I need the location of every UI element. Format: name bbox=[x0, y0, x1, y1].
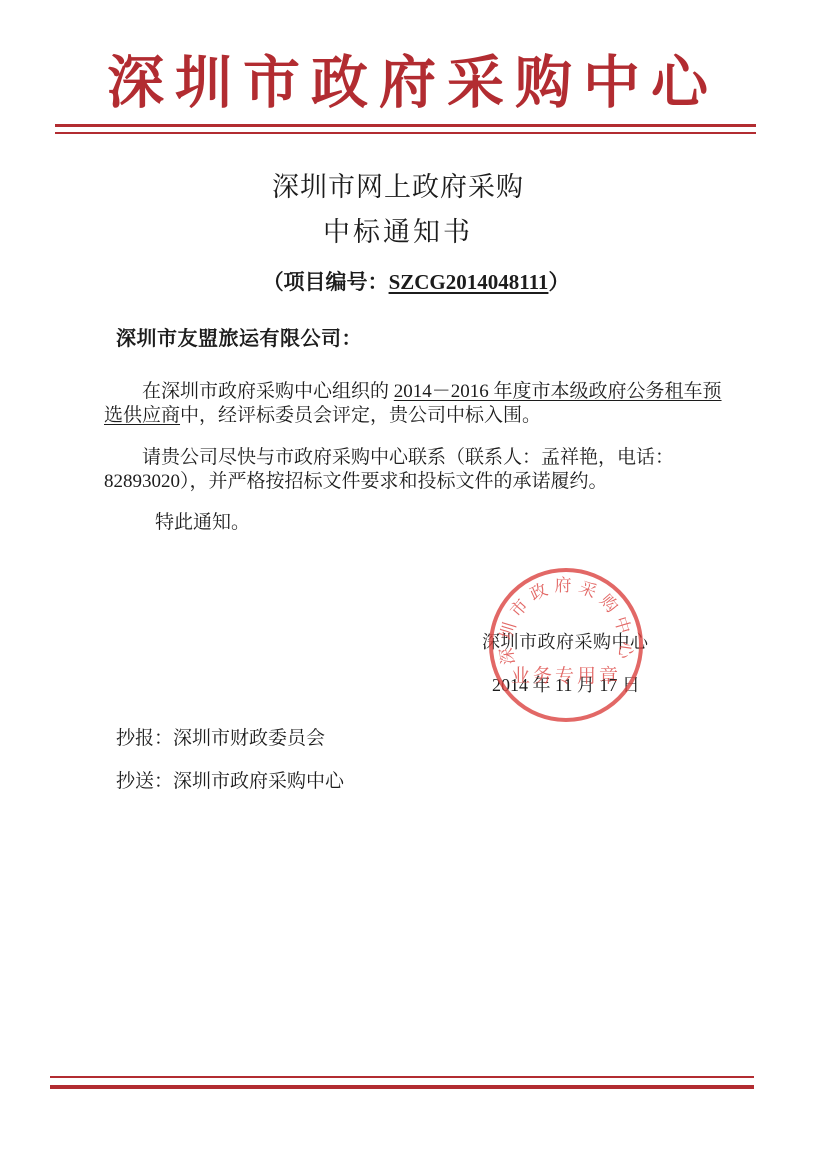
document-title-line1: 深圳市网上政府采购 bbox=[0, 165, 796, 204]
paragraph2-line1: 请贵公司尽快与市政府采购中心联系（联系人：孟祥艳，电话： bbox=[104, 446, 704, 470]
paragraph1-line1-underlined: 2014－2016 年度市本级政府公务租车预 bbox=[394, 381, 722, 402]
letterhead-org-name: 深圳市政府采购中心 bbox=[0, 54, 826, 114]
letterhead-rule-thick bbox=[55, 124, 756, 127]
paragraph1-line2-plain: 中，经评标委员会评定，贵公司中标入围。 bbox=[180, 405, 541, 426]
footer-rule-thin bbox=[50, 1076, 754, 1078]
scanned-document-page: { "header": { "org_name": "深圳市政府采购中心", "… bbox=[0, 0, 826, 1169]
paragraph2-line2: 82893020），并严格按招标文件要求和投标文件的承诺履约。 bbox=[104, 470, 704, 494]
signature-org-name: 深圳市政府采购中心 bbox=[482, 628, 649, 654]
paragraph1-line1-plain: 在深圳市政府采购中心组织的 bbox=[142, 381, 394, 402]
project-number-suffix: ） bbox=[548, 270, 569, 294]
project-number-value: SZCG2014048111 bbox=[389, 270, 549, 294]
cc-send-line: 抄送：深圳市政府采购中心 bbox=[116, 766, 344, 793]
footer-rule-thick bbox=[50, 1085, 754, 1089]
paragraph1-line1: 在深圳市政府采购中心组织的 2014－2016 年度市本级政府公务租车预 bbox=[104, 380, 704, 404]
cc-report-line: 抄报：深圳市财政委员会 bbox=[116, 723, 325, 750]
project-number-prefix: （项目编号： bbox=[263, 270, 389, 294]
letterhead-rule-thin bbox=[55, 132, 756, 134]
project-number-line: （项目编号：SZCG2014048111） bbox=[6, 266, 826, 296]
letter-body: 在深圳市政府采购中心组织的 2014－2016 年度市本级政府公务租车预 选供应… bbox=[104, 380, 704, 535]
paragraph1-line2: 选供应商中，经评标委员会评定，贵公司中标入围。 bbox=[104, 404, 704, 428]
paragraph1-line2-underlined: 选供应商 bbox=[104, 405, 180, 426]
document-title-line2: 中标通知书 bbox=[0, 210, 796, 249]
recipient-company-name: 深圳市友盟旅运有限公司： bbox=[116, 322, 362, 351]
paragraph3-notice: 特此通知。 bbox=[104, 511, 704, 535]
signature-date: 2014 年 11 月 17 日 bbox=[492, 671, 640, 697]
